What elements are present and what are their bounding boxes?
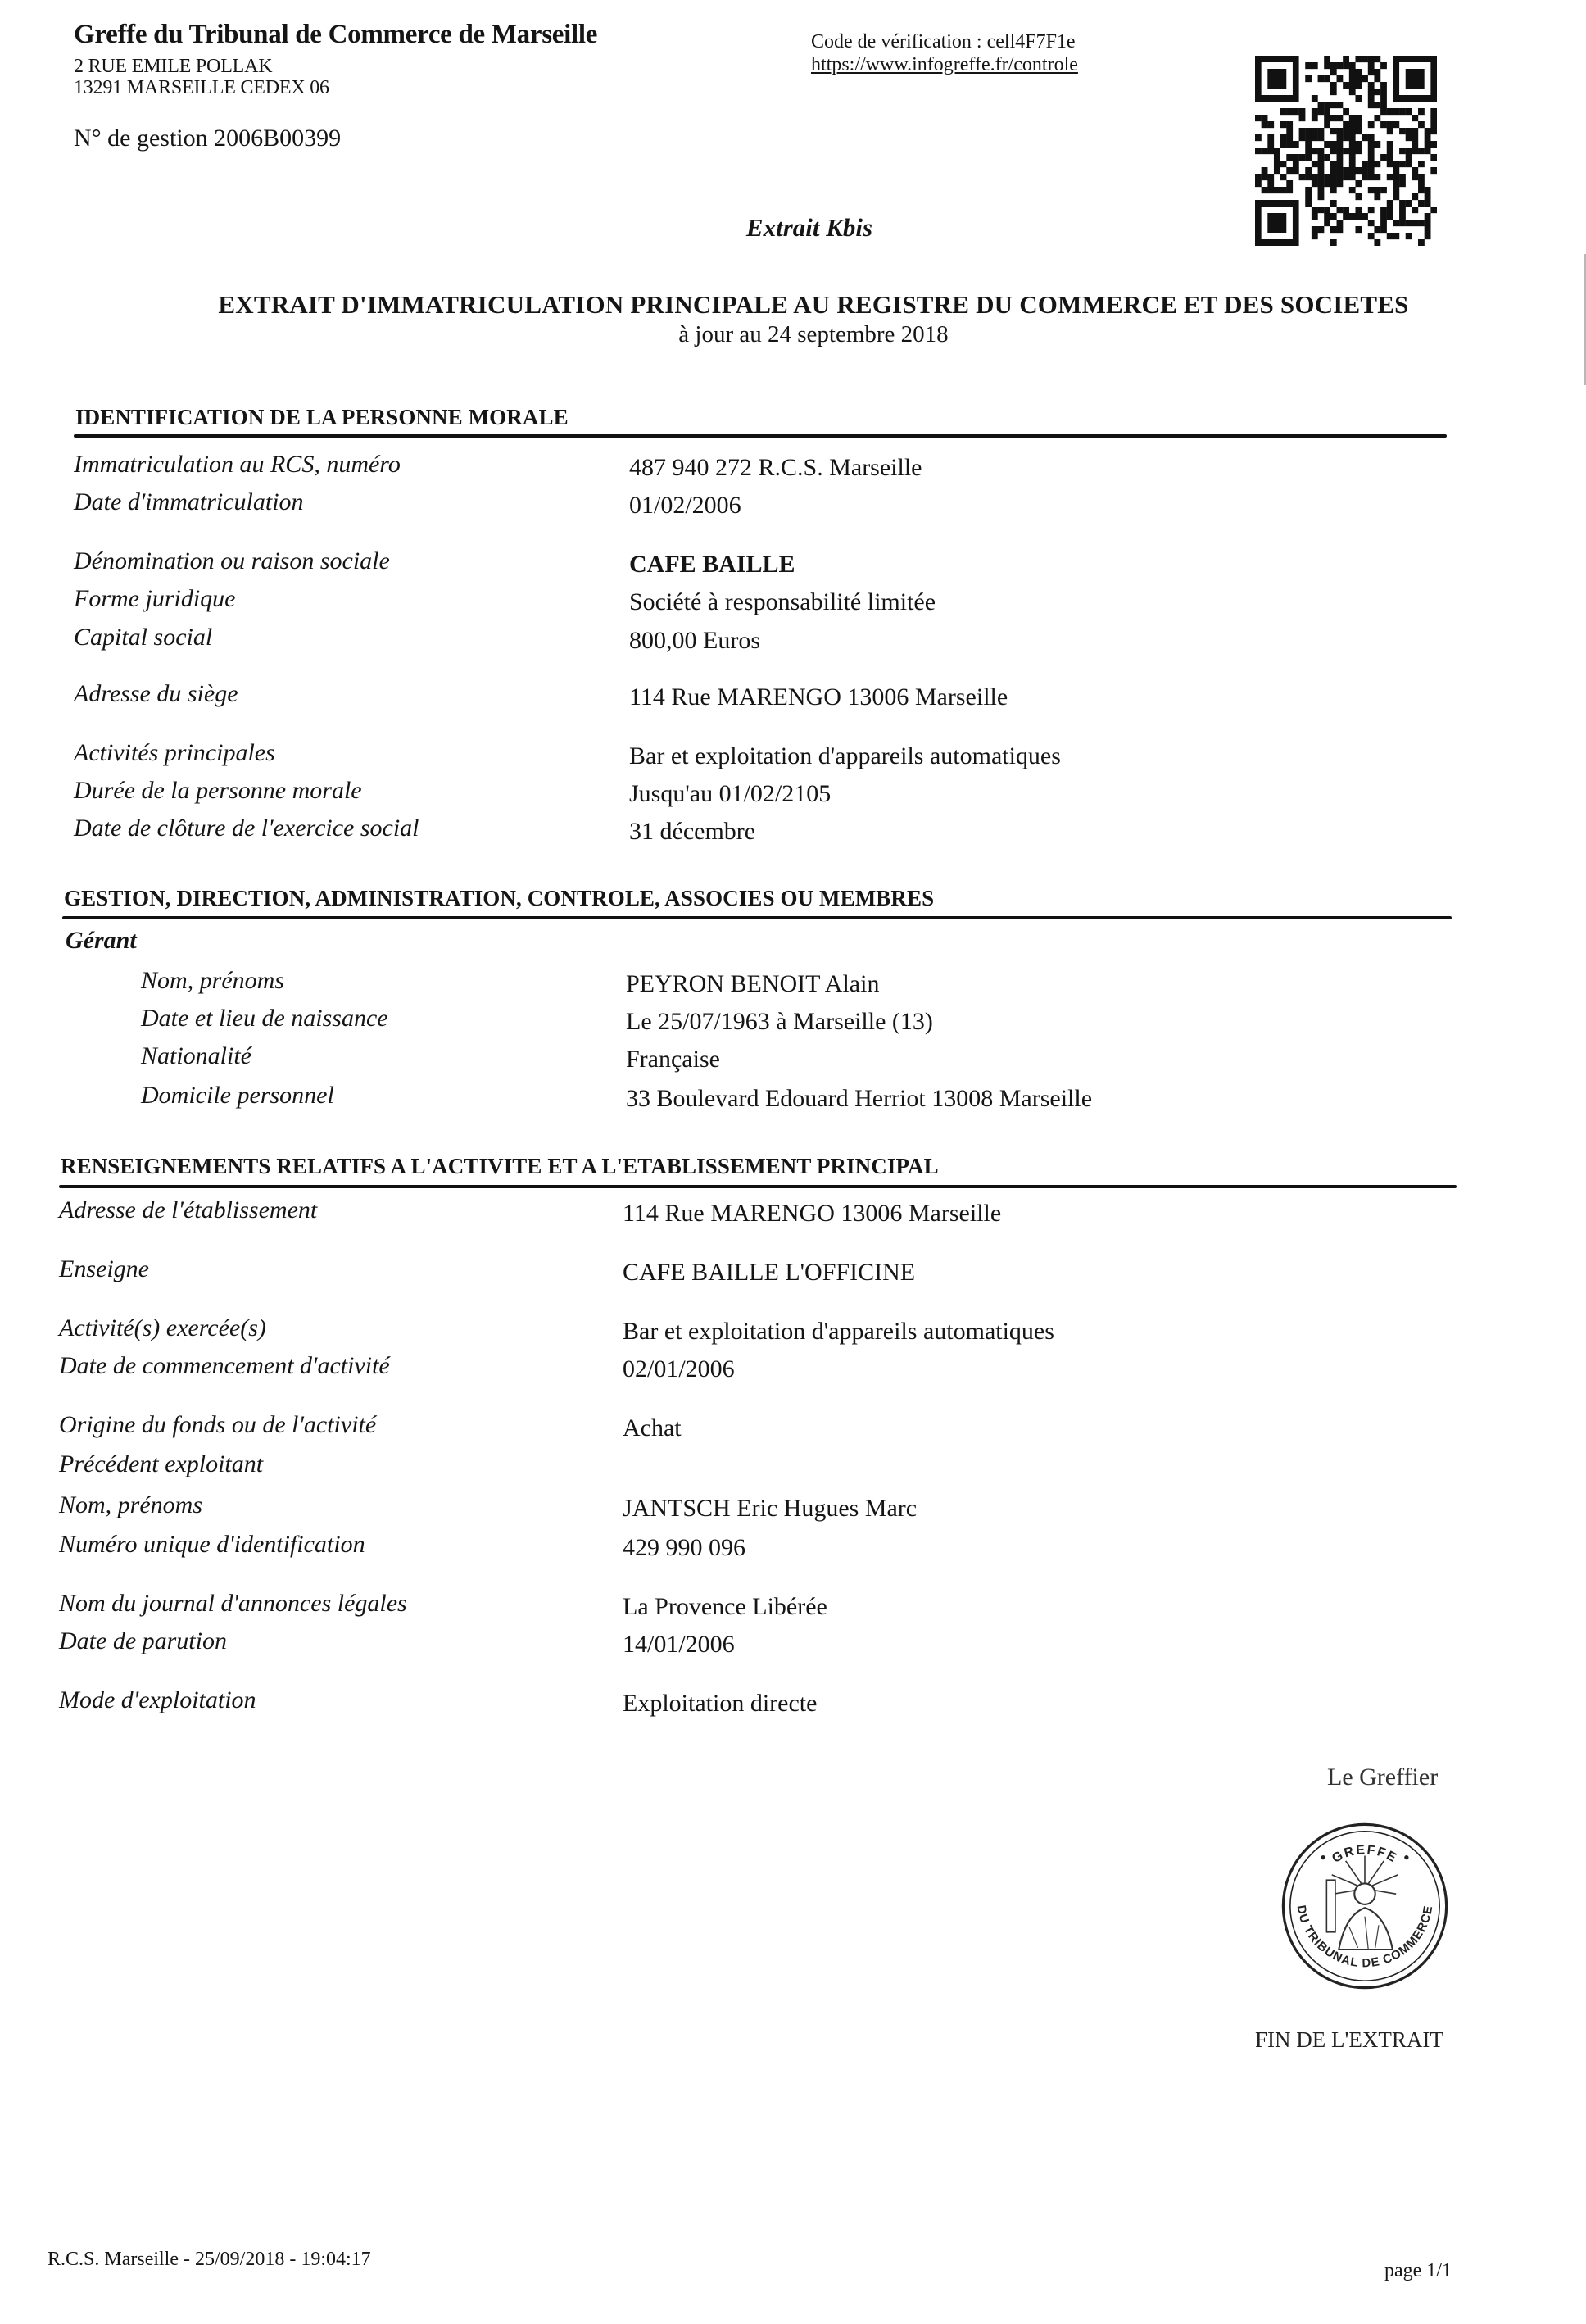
document-type: Extrait Kbis <box>0 213 1586 243</box>
field-value: PEYRON BENOIT Alain <box>626 970 879 998</box>
field-value: CAFE BAILLE <box>629 551 795 579</box>
page-number: page 1/1 <box>1384 2260 1452 2282</box>
registry-name: Greffe du Tribunal de Commerce de Marsei… <box>74 20 597 50</box>
field-label: Nom du journal d'annonces légales <box>59 1590 407 1618</box>
section-divider <box>62 916 1452 919</box>
field-label: Numéro unique d'identification <box>59 1531 365 1559</box>
document-date: à jour au 24 septembre 2018 <box>0 321 1586 348</box>
field-value: 800,00 Euros <box>629 627 760 655</box>
field-value: 02/01/2006 <box>623 1355 735 1383</box>
field-value: Exploitation directe <box>623 1690 817 1718</box>
field-label: Mode d'exploitation <box>59 1686 256 1714</box>
field-label: Capital social <box>74 624 212 651</box>
section-heading-gestion: GESTION, DIRECTION, ADMINISTRATION, CONT… <box>64 886 934 911</box>
management-number: N° de gestion 2006B00399 <box>74 125 341 152</box>
field-value: Le 25/07/1963 à Marseille (13) <box>626 1008 933 1036</box>
field-label: Activité(s) exercée(s) <box>59 1314 266 1342</box>
field-label: Immatriculation au RCS, numéro <box>74 451 401 479</box>
field-label: Activités principales <box>74 739 275 767</box>
section-heading-identification: IDENTIFICATION DE LA PERSONNE MORALE <box>75 405 569 430</box>
field-value: JANTSCH Eric Hugues Marc <box>623 1495 917 1523</box>
section-heading-activite: RENSEIGNEMENTS RELATIFS A L'ACTIVITE ET … <box>61 1154 939 1179</box>
verification-link[interactable]: https://www.infogreffe.fr/controle <box>811 54 1078 76</box>
field-label: Enseigne <box>59 1255 149 1283</box>
field-value: 487 940 272 R.C.S. Marseille <box>629 454 922 482</box>
field-label: Date de parution <box>59 1627 227 1655</box>
registry-address-line2: 13291 MARSEILLE CEDEX 06 <box>74 77 329 99</box>
footer-timestamp: R.C.S. Marseille - 25/09/2018 - 19:04:17 <box>48 2249 371 2271</box>
field-label: Dénomination ou raison sociale <box>74 547 390 575</box>
field-value: Société à responsabilité limitée <box>629 588 936 616</box>
field-value: 429 990 096 <box>623 1534 745 1562</box>
field-value: Achat <box>623 1414 682 1442</box>
field-label: Nom, prénoms <box>141 967 284 995</box>
field-value: 114 Rue MARENGO 13006 Marseille <box>629 683 1008 711</box>
field-label: Adresse de l'établissement <box>59 1196 317 1224</box>
field-label: Date de clôture de l'exercice social <box>74 815 419 842</box>
field-value: 14/01/2006 <box>623 1631 735 1659</box>
field-value: 31 décembre <box>629 818 755 846</box>
field-label: Date et lieu de naissance <box>141 1005 388 1033</box>
field-label: Durée de la personne morale <box>74 777 362 805</box>
section-divider <box>59 1185 1457 1188</box>
section-divider <box>74 434 1447 438</box>
end-of-extract: FIN DE L'EXTRAIT <box>1255 2027 1443 2053</box>
document-title: EXTRAIT D'IMMATRICULATION PRINCIPALE AU … <box>0 290 1586 320</box>
field-label: Origine du fonds ou de l'activité <box>59 1411 376 1439</box>
greffier-label: Le Greffier <box>1327 1763 1438 1791</box>
field-value: Française <box>626 1046 720 1073</box>
verification-code: Code de vérification : cell4F7F1e <box>811 31 1076 53</box>
field-label: Précédent exploitant <box>59 1450 263 1478</box>
field-value: CAFE BAILLE L'OFFICINE <box>623 1259 915 1287</box>
field-label: Date de commencement d'activité <box>59 1352 390 1380</box>
field-value: Jusqu'au 01/02/2105 <box>629 780 831 808</box>
field-value: La Provence Libérée <box>623 1593 827 1621</box>
field-value: 01/02/2006 <box>629 492 741 520</box>
field-value: 33 Boulevard Edouard Herriot 13008 Marse… <box>626 1085 1092 1113</box>
registry-address-line1: 2 RUE EMILE POLLAK <box>74 56 272 78</box>
field-label: Domicile personnel <box>141 1082 334 1110</box>
role-heading: Gérant <box>66 927 137 955</box>
field-label: Nationalité <box>141 1042 251 1070</box>
field-label: Forme juridique <box>74 585 235 613</box>
field-value: Bar et exploitation d'appareils automati… <box>629 742 1061 770</box>
field-label: Date d'immatriculation <box>74 488 304 516</box>
field-value: Bar et exploitation d'appareils automati… <box>623 1318 1054 1346</box>
official-seal-icon: GREFFE DU TRIBUNAL DE COMMERCE <box>1278 1819 1452 1993</box>
field-value: 114 Rue MARENGO 13006 Marseille <box>623 1200 1001 1228</box>
field-label: Adresse du siège <box>74 680 238 708</box>
field-label: Nom, prénoms <box>59 1491 202 1519</box>
